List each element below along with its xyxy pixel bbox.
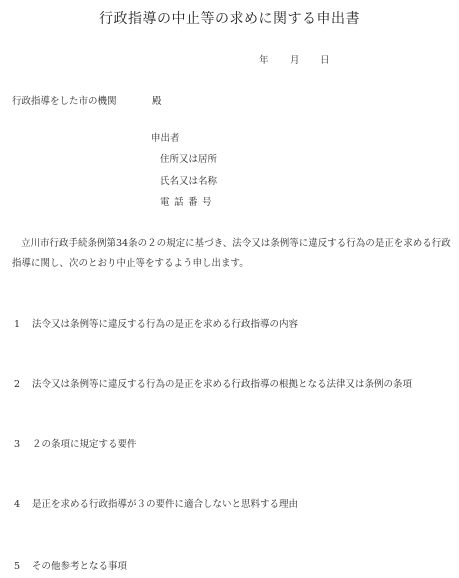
date-year-label: 年 <box>259 52 269 66</box>
item-label: ２の条項に規定する要件 <box>32 439 137 450</box>
item-number: 1 <box>14 319 32 330</box>
item-number: 3 <box>14 439 32 450</box>
item-number: 2 <box>14 379 32 390</box>
item-number: 5 <box>14 561 32 572</box>
list-item: 2法令又は条例等に違反する行為の是正を求める行政指導の根拠となる法律又は条例の条… <box>14 376 412 390</box>
applicant-name-label: 氏名又は名称 <box>160 173 217 187</box>
list-item: 3２の条項に規定する要件 <box>14 436 137 450</box>
document-title: 行政指導の中止等の求めに関する申出書 <box>0 8 459 28</box>
item-label: 法令又は条例等に違反する行為の是正を求める行政指導の内容 <box>32 319 298 330</box>
applicant-phone-label: 電話番号 <box>160 194 216 208</box>
list-item: 5その他参考となる事項 <box>14 558 127 572</box>
item-label: その他参考となる事項 <box>32 561 127 572</box>
item-label: 是正を求める行政指導が３の要件に適合しないと思料する理由 <box>32 499 298 510</box>
body-paragraph: 立川市行政手続条例第34条の２の規定に基づき、法令又は条例等に違反する行為の是正… <box>12 234 452 274</box>
applicant-label: 申出者 <box>151 130 180 144</box>
list-item: 4是正を求める行政指導が３の要件に適合しないと思料する理由 <box>14 496 298 510</box>
applicant-address-label: 住所又は居所 <box>160 151 217 165</box>
item-number: 4 <box>14 499 32 510</box>
date-month-label: 月 <box>290 52 300 66</box>
addressee-honorific: 殿 <box>152 93 162 107</box>
date-day-label: 日 <box>320 52 330 66</box>
item-label: 法令又は条例等に違反する行為の是正を求める行政指導の根拠となる法律又は条例の条項 <box>32 379 412 390</box>
addressee-label: 行政指導をした市の機関 <box>12 93 117 107</box>
list-item: 1法令又は条例等に違反する行為の是正を求める行政指導の内容 <box>14 316 298 330</box>
